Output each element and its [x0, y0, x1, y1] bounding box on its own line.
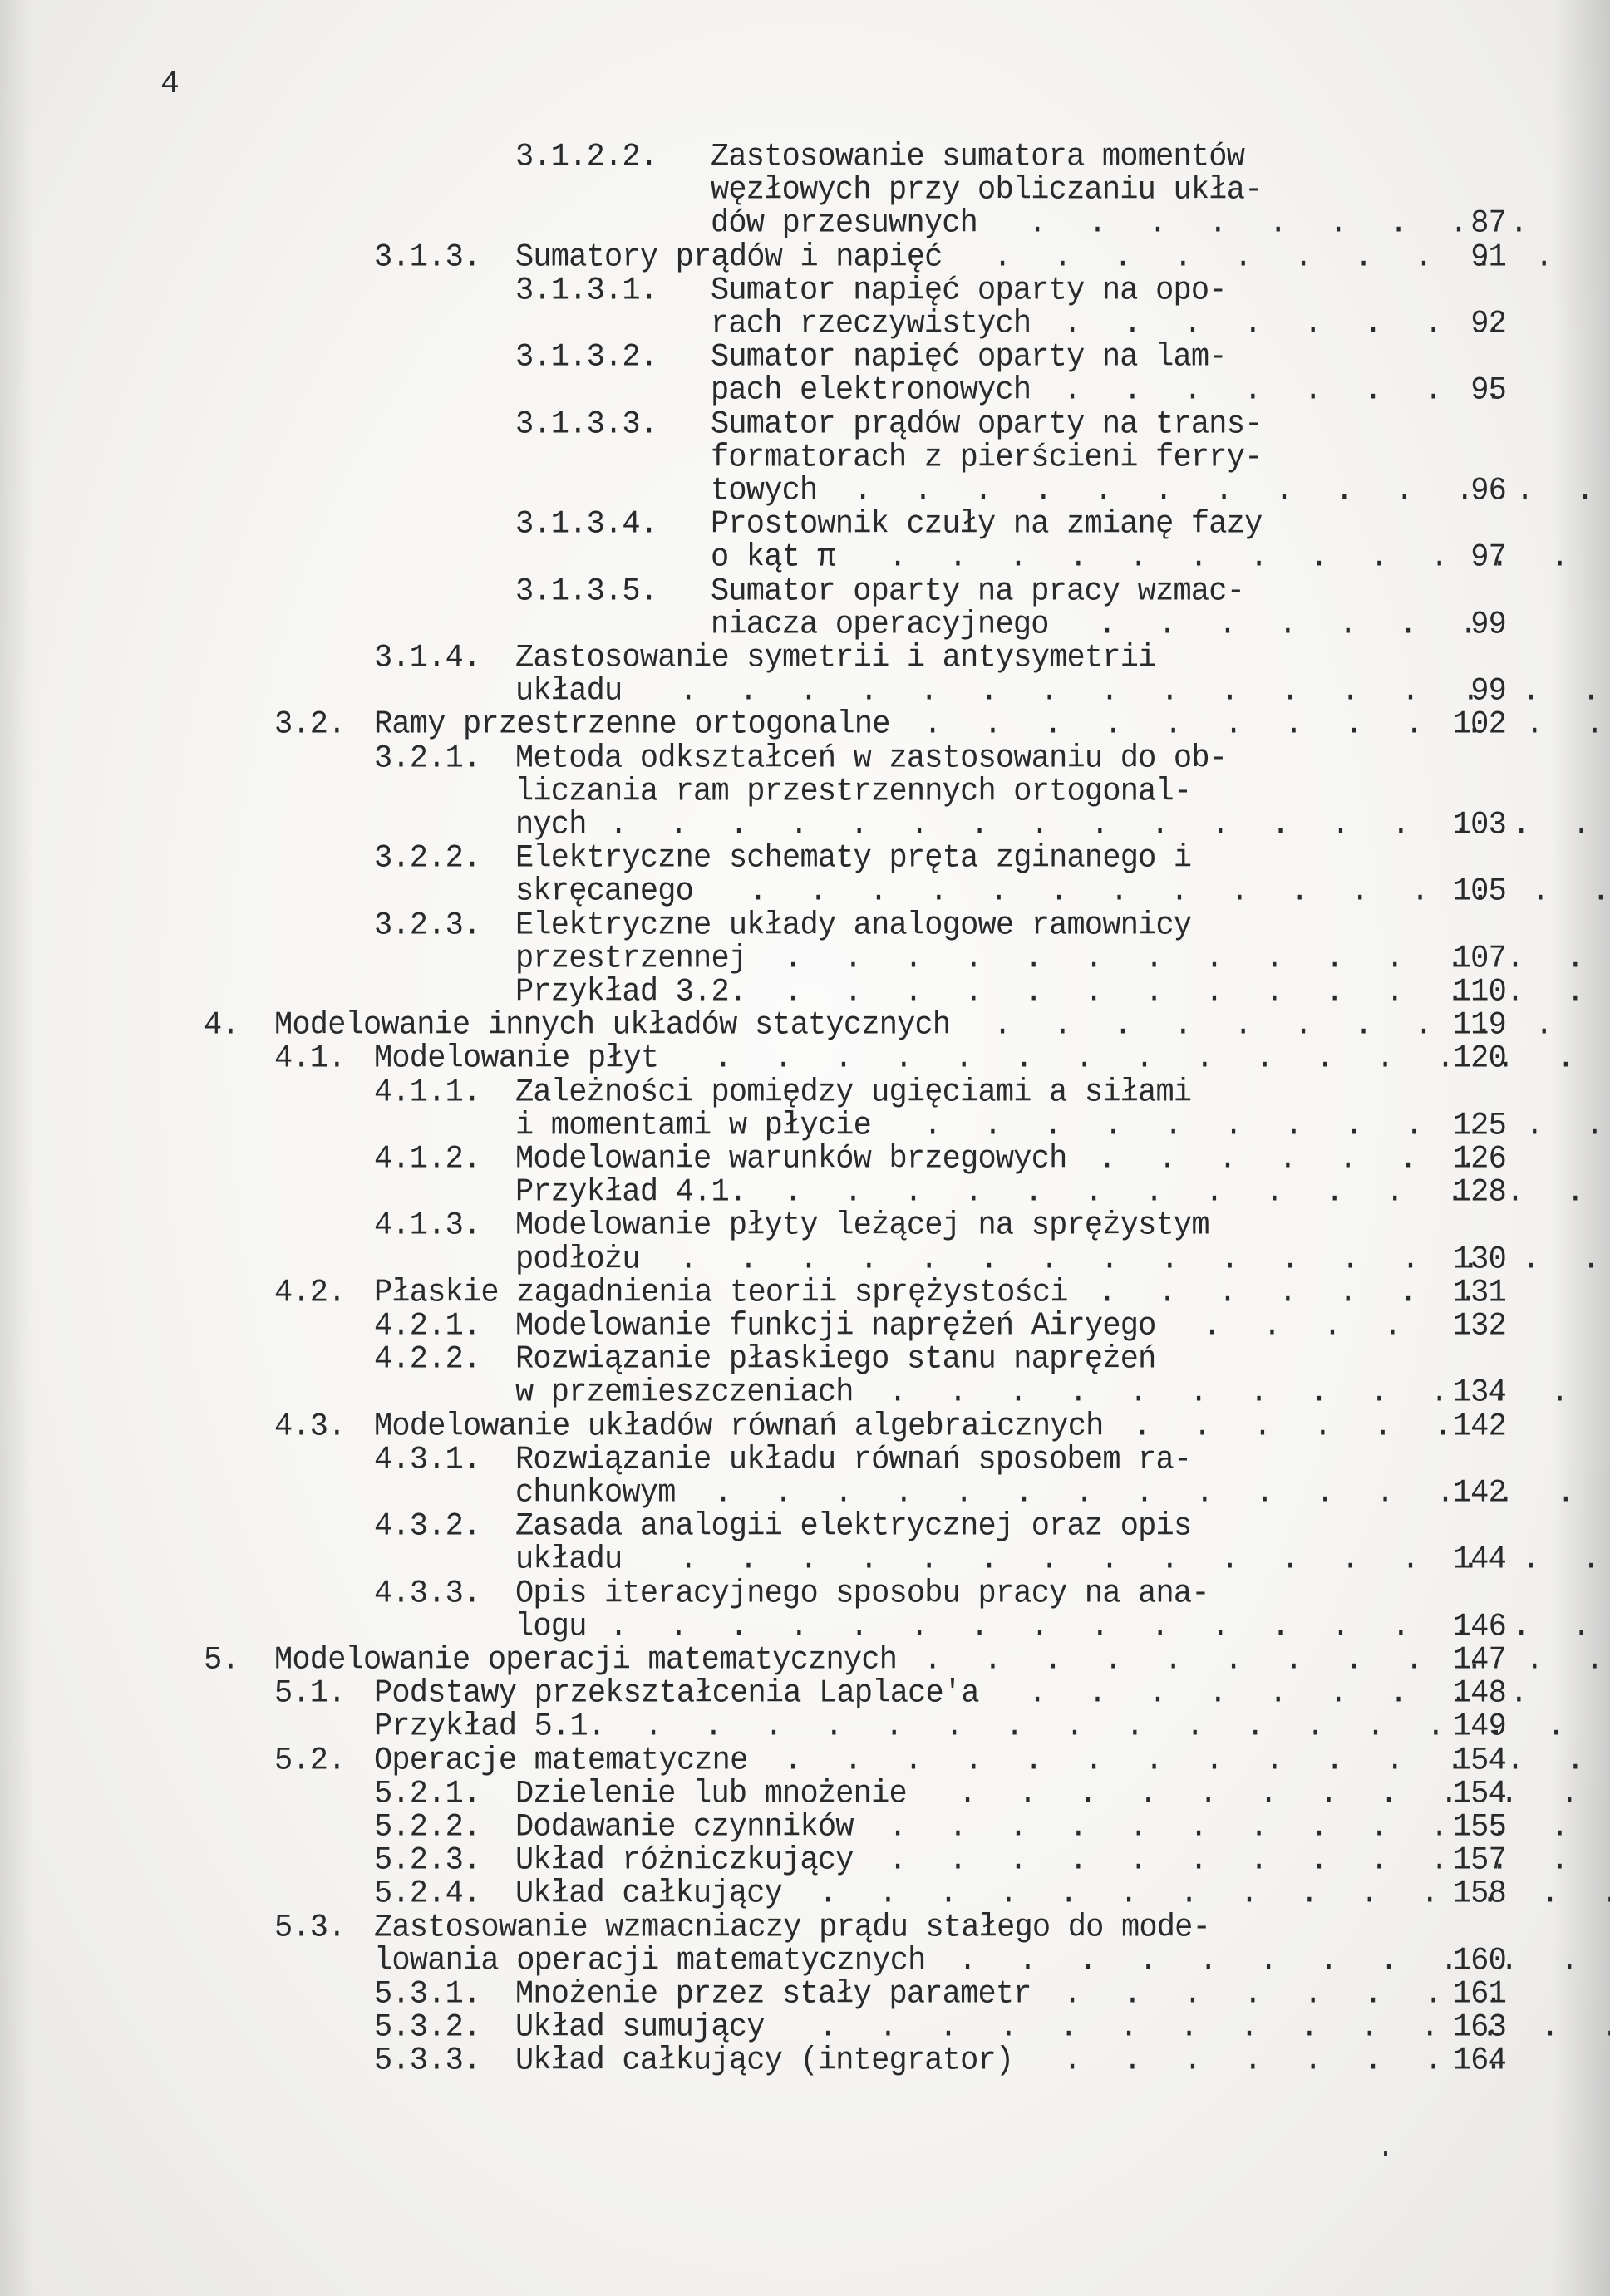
page-reference[interactable]: 154 [1406, 1777, 1506, 1812]
toc-line: 4.3.2.Zasada analogii elektrycznej oraz … [0, 1509, 1610, 1544]
toc-line: 3.1.3.1.Sumator napięć oparty na opo- [0, 273, 1610, 308]
toc-line: Przykład 3.2.. . . . . . . . . . . . . .… [0, 975, 1610, 1010]
section-title[interactable]: dów przesuwnych [711, 206, 977, 241]
page-reference[interactable]: 99 [1406, 674, 1506, 709]
section-number: 3.1.3. [374, 240, 480, 275]
toc-line: 4.1.2.Modelowanie warunków brzegowych. .… [0, 1142, 1610, 1177]
toc-line: pach elektronowych. . . . . . . .95 [0, 373, 1610, 408]
page-reference[interactable]: 110 [1406, 975, 1506, 1010]
toc-line: przestrzennej. . . . . . . . . . . . . .… [0, 942, 1610, 976]
section-title[interactable]: lowania operacji matematycznych [374, 1944, 926, 1979]
page-reference[interactable]: 92 [1406, 307, 1506, 342]
page-reference[interactable]: 125 [1406, 1109, 1506, 1143]
toc-line: nych. . . . . . . . . . . . . . . . . . … [0, 808, 1610, 843]
page-reference[interactable]: 130 [1406, 1242, 1506, 1277]
page-reference[interactable]: 131 [1406, 1276, 1506, 1310]
section-title[interactable]: Zależności pomiędzy ugięciami a siłami [515, 1075, 1191, 1110]
section-title[interactable]: skręcanego [515, 874, 693, 909]
section-title[interactable]: logu [515, 1610, 587, 1645]
section-title[interactable]: przestrzennej [515, 942, 746, 976]
section-title[interactable]: Układ całkujący [515, 1876, 782, 1911]
section-number: 3.1.2.2. [515, 140, 657, 175]
section-number: 4.1.1. [374, 1075, 480, 1110]
section-number: 4.1.3. [374, 1208, 480, 1243]
page-reference[interactable]: 146 [1406, 1610, 1506, 1645]
section-number: 3.1.3.1. [515, 273, 657, 308]
toc-line: 3.1.4.Zastosowanie symetrii i antysymetr… [0, 641, 1610, 676]
page-reference[interactable]: 148 [1406, 1676, 1506, 1711]
section-number: 3.2.3. [374, 908, 480, 943]
section-number: 5.2.2. [374, 1810, 480, 1845]
page-reference[interactable]: 102 [1406, 707, 1506, 742]
toc-line: układu. . . . . . . . . . . . . . . . . … [0, 1542, 1610, 1577]
page-reference[interactable]: 163 [1406, 2010, 1506, 2045]
section-title[interactable]: formatorach z pierścieni ferry- [711, 440, 1263, 475]
section-title[interactable]: Prostownik czuły na zmianę fazy [711, 507, 1263, 542]
leader-dots: . . . . . . . . . . . . [923, 707, 1610, 742]
leader-dots: . . . . . . . . . . . . [923, 1643, 1610, 1678]
page-reference[interactable]: 91 [1406, 240, 1506, 275]
section-number: 3.1.3.5. [515, 574, 657, 609]
section-number: 4.2.2. [374, 1342, 480, 1377]
section-title[interactable]: liczania ram przestrzennych ortogonal- [515, 774, 1191, 809]
leader-dots: . . . . [1203, 1309, 1413, 1344]
section-number: 5.3.2. [374, 2010, 480, 2045]
toc-line: 4.2.2.Rozwiązanie płaskiego stanu napręż… [0, 1342, 1610, 1377]
toc-line: towych. . . . . . . . . . . . . .96 [0, 474, 1610, 509]
page-reference[interactable]: 96 [1406, 474, 1506, 509]
toc-line: lowania operacji matematycznych. . . . .… [0, 1944, 1610, 1979]
page-reference[interactable]: 95 [1406, 373, 1506, 408]
section-title[interactable]: Płaskie zagadnienia teorii sprężystości [374, 1276, 1068, 1310]
toc-line: 3.1.3.Sumatory prądów i napięć. . . . . … [0, 240, 1610, 275]
page-reference[interactable]: 132 [1406, 1309, 1506, 1344]
section-number: 3.1.3.2. [515, 340, 657, 375]
toc-line: 5.3.1.Mnożenie przez stały parametr. . .… [0, 1977, 1610, 2012]
section-title[interactable]: Zastosowanie wzmacniaczy prądu stałego d… [374, 1910, 1210, 1945]
section-title[interactable]: podłożu [515, 1242, 640, 1277]
toc-line: 5.3.Zastosowanie wzmacniaczy prądu stałe… [0, 1910, 1610, 1945]
toc-line: węzłowych przy obliczaniu ukła- [0, 173, 1610, 208]
section-title[interactable]: układu [515, 674, 622, 709]
section-title[interactable]: Elektryczne schematy pręta zginanego i [515, 841, 1191, 876]
section-title[interactable]: Przykład 3.2. [515, 975, 746, 1010]
section-title[interactable]: Sumatory prądów i napięć [515, 240, 943, 275]
section-number: 4.3.3. [374, 1576, 480, 1611]
toc-line: niacza operacyjnego. . . . . . .99 [0, 607, 1610, 642]
page-reference[interactable]: 120 [1406, 1041, 1506, 1076]
toc-line: w przemieszczeniach. . . . . . . . . . .… [0, 1375, 1610, 1410]
section-title[interactable]: Układ sumujący [515, 2010, 765, 2045]
section-number: 5.3.3. [374, 2043, 480, 2078]
page-reference[interactable]: 164 [1406, 2043, 1506, 2078]
section-number: 3.2. [274, 707, 346, 742]
toc-line: 4.2.Płaskie zagadnienia teorii sprężysto… [0, 1276, 1610, 1310]
section-title[interactable]: Przykład 5.1. [374, 1709, 605, 1744]
section-title[interactable]: o kąt π [711, 540, 835, 575]
section-number: 5. [204, 1643, 239, 1678]
section-number: 3.2.2. [374, 841, 480, 876]
section-title[interactable]: Sumator napięć oparty na opo- [711, 273, 1227, 308]
section-number: 4.2. [274, 1276, 346, 1310]
section-title[interactable]: Dzielenie lub mnożenie [515, 1777, 907, 1812]
page-reference[interactable]: 161 [1406, 1977, 1506, 2012]
page-reference[interactable]: 87 [1406, 206, 1506, 241]
section-title[interactable]: Rozwiązanie układu równań sposobem ra- [515, 1443, 1191, 1477]
section-title[interactable]: pach elektronowych [711, 373, 1031, 408]
section-number: 5.2.3. [374, 1843, 480, 1878]
section-number: 5.2.1. [374, 1777, 480, 1812]
section-title[interactable]: Mnożenie przez stały parametr [515, 1977, 1031, 2012]
toc-line: 4.3.3.Opis iteracyjnego sposobu pracy na… [0, 1576, 1610, 1611]
section-title[interactable]: węzłowych przy obliczaniu ukła- [711, 173, 1263, 208]
section-number: 5.1. [274, 1676, 346, 1711]
toc-line: chunkowym. . . . . . . . . . . . . . . .… [0, 1476, 1610, 1511]
page-reference[interactable]: 142 [1406, 1409, 1506, 1444]
page-reference[interactable]: 149 [1406, 1709, 1506, 1744]
section-title[interactable]: Przykład 4.1. [515, 1175, 746, 1210]
section-title[interactable]: Modelowanie układów równań algebraicznyc… [374, 1409, 1104, 1444]
toc-line: 4.Modelowanie innych układów statycznych… [0, 1008, 1610, 1043]
section-number: 4.3. [274, 1409, 346, 1444]
section-title[interactable]: Podstawy przekształcenia Laplace'a [374, 1676, 979, 1711]
section-title[interactable]: Elektryczne układy analogowe ramownicy [515, 908, 1191, 943]
section-number: 5.3. [274, 1910, 346, 1945]
toc-line: 5.2.2.Dodawanie czynników. . . . . . . .… [0, 1810, 1610, 1845]
page-reference[interactable]: 154 [1406, 1743, 1506, 1778]
page-reference[interactable]: 126 [1406, 1142, 1506, 1177]
section-title[interactable]: Opis iteracyjnego sposobu pracy na ana- [515, 1576, 1209, 1611]
toc-line: 3.1.3.4.Prostownik czuły na zmianę fazy [0, 507, 1610, 542]
section-title[interactable]: Sumator oparty na pracy wzmac- [711, 574, 1244, 609]
section-number: 5.3.1. [374, 1977, 480, 2012]
toc-line: 4.1.Modelowanie płyt. . . . . . . . . . … [0, 1041, 1610, 1076]
toc-line: 3.1.3.5.Sumator oparty na pracy wzmac- [0, 574, 1610, 609]
toc-line: 5.2.1.Dzielenie lub mnożenie. . . . . . … [0, 1777, 1610, 1812]
toc-line: 5.3.2.Układ sumujący. . . . . . . . . . … [0, 2010, 1610, 2045]
toc-line: 5.2.3.Układ różniczkujący. . . . . . . .… [0, 1843, 1610, 1878]
page-reference[interactable]: 99 [1406, 607, 1506, 642]
section-title[interactable]: towych [711, 474, 817, 509]
page-reference[interactable]: 157 [1406, 1843, 1506, 1878]
section-title[interactable]: Układ różniczkujący [515, 1843, 854, 1878]
section-title[interactable]: rach rzeczywistych [711, 307, 1031, 342]
toc-line: 4.2.1.Modelowanie funkcji naprężeń Airye… [0, 1309, 1610, 1344]
page-reference[interactable]: 97 [1406, 540, 1506, 575]
page-reference[interactable]: 158 [1406, 1876, 1506, 1911]
page-reference[interactable]: 128 [1406, 1175, 1506, 1210]
section-title[interactable]: niacza operacyjnego [711, 607, 1049, 642]
page-reference[interactable]: 105 [1406, 874, 1506, 909]
section-title[interactable]: Modelowanie funkcji naprężeń Airyego [515, 1309, 1156, 1344]
toc-line: o kąt π. . . . . . . . . . . . .97 [0, 540, 1610, 575]
page-reference[interactable]: 144 [1406, 1542, 1506, 1577]
section-number: 4.3.1. [374, 1443, 480, 1477]
toc-line: dów przesuwnych. . . . . . . . .87 [0, 206, 1610, 241]
page-reference[interactable]: 103 [1406, 808, 1506, 843]
section-title[interactable]: Modelowanie warunków brzegowych [515, 1142, 1067, 1177]
section-title[interactable]: Rozwiązanie płaskiego stanu naprężeń [515, 1342, 1156, 1377]
toc-line: Przykład 5.1.. . . . . . . . . . . . . .… [0, 1709, 1610, 1744]
toc-line: i momentami w płycie. . . . . . . . . . … [0, 1109, 1610, 1143]
section-number: 4. [204, 1008, 239, 1043]
toc-line: 4.1.3.Modelowanie płyty leżącej na spręż… [0, 1208, 1610, 1243]
section-number: 3.1.3.3. [515, 407, 657, 442]
section-title[interactable]: Zastosowanie symetrii i antysymetrii [515, 641, 1156, 676]
page-reference[interactable]: 134 [1406, 1375, 1506, 1410]
toc-line: 5.1.Podstawy przekształcenia Laplace'a. … [0, 1676, 1610, 1711]
leader-dots: . . . . . . . . . . . . [923, 1109, 1610, 1143]
section-title[interactable]: i momentami w płycie [515, 1109, 871, 1143]
section-title[interactable]: Dodawanie czynników [515, 1810, 854, 1845]
toc-line: 4.3.1.Rozwiązanie układu równań sposobem… [0, 1443, 1610, 1477]
scan-speck [1384, 2151, 1387, 2156]
section-title[interactable]: Modelowanie innych układów statycznych [274, 1008, 950, 1043]
toc-line: układu. . . . . . . . . . . . . . . . . … [0, 674, 1610, 709]
toc-line: Przykład 4.1.. . . . . . . . . . . . . .… [0, 1175, 1610, 1210]
toc-line: liczania ram przestrzennych ortogonal- [0, 774, 1610, 809]
section-title[interactable]: Modelowanie operacji matematycznych [274, 1643, 897, 1678]
toc-line: logu. . . . . . . . . . . . . . . . . . … [0, 1610, 1610, 1645]
toc-line: 3.1.3.3.Sumator prądów oparty na trans- [0, 407, 1610, 442]
page-reference[interactable]: 155 [1406, 1810, 1506, 1845]
toc-line: 5.Modelowanie operacji matematycznych. .… [0, 1643, 1610, 1678]
toc-line: 3.2.Ramy przestrzenne ortogonalne. . . .… [0, 707, 1610, 742]
page-reference[interactable]: 160 [1406, 1944, 1506, 1979]
section-title[interactable]: Zasada analogii elektrycznej oraz opis [515, 1509, 1191, 1544]
toc-line: podłożu. . . . . . . . . . . . . . . . .… [0, 1242, 1610, 1277]
toc-line: 5.2.4.Układ całkujący. . . . . . . . . .… [0, 1876, 1610, 1911]
toc-line: rach rzeczywistych. . . . . . . .92 [0, 307, 1610, 342]
page-reference[interactable]: 107 [1406, 942, 1506, 976]
section-title[interactable]: chunkowym [515, 1476, 676, 1511]
section-title[interactable]: Układ całkujący (integrator) [515, 2043, 1013, 2078]
section-title[interactable]: Operacje matematyczne [374, 1743, 747, 1778]
section-title[interactable]: Zastosowanie sumatora momentów [711, 140, 1244, 175]
toc-line: formatorach z pierścieni ferry- [0, 440, 1610, 475]
section-number: 5.2.4. [374, 1876, 480, 1911]
section-number: 4.1. [274, 1041, 346, 1076]
section-title[interactable]: Modelowanie płyty leżącej na sprężystym [515, 1208, 1209, 1243]
toc-line: 3.2.2.Elektryczne schematy pręta zginane… [0, 841, 1610, 876]
section-number: 3.2.1. [374, 741, 480, 776]
toc-line: 4.3.Modelowanie układów równań algebraic… [0, 1409, 1610, 1444]
section-title[interactable]: w przemieszczeniach [515, 1375, 854, 1410]
section-title[interactable]: nych [515, 808, 587, 843]
section-title[interactable]: Metoda odkształceń w zastosowaniu do ob- [515, 741, 1227, 776]
section-number: 4.2.1. [374, 1309, 480, 1344]
section-number: 4.3.2. [374, 1509, 480, 1544]
toc-line: 3.2.3.Elektryczne układy analogowe ramow… [0, 908, 1610, 943]
section-number: 3.1.3.4. [515, 507, 657, 542]
toc-line: 3.2.1.Metoda odkształceń w zastosowaniu … [0, 741, 1610, 776]
toc-line: 4.1.1.Zależności pomiędzy ugięciami a si… [0, 1075, 1610, 1110]
section-title[interactable]: Sumator prądów oparty na trans- [711, 407, 1263, 442]
toc-line: 5.3.3.Układ całkujący (integrator). . . … [0, 2043, 1610, 2078]
page-reference[interactable]: 147 [1406, 1643, 1506, 1678]
toc-line: 5.2.Operacje matematyczne. . . . . . . .… [0, 1743, 1610, 1778]
section-title[interactable]: układu [515, 1542, 622, 1577]
section-number: 3.1.4. [374, 641, 480, 676]
section-title[interactable]: Sumator napięć oparty na lam- [711, 340, 1227, 375]
page-reference[interactable]: 119 [1406, 1008, 1506, 1043]
section-title[interactable]: Modelowanie płyt [374, 1041, 658, 1076]
toc-line: 3.1.2.2.Zastosowanie sumatora momentów [0, 140, 1610, 175]
table-of-contents: 3.1.2.2.Zastosowanie sumatora momentówwę… [0, 0, 1610, 2296]
section-number: 4.1.2. [374, 1142, 480, 1177]
toc-line: 3.1.3.2.Sumator napięć oparty na lam- [0, 340, 1610, 375]
section-title[interactable]: Ramy przestrzenne ortogonalne [374, 707, 890, 742]
toc-line: skręcanego. . . . . . . . . . . . . . . … [0, 874, 1610, 909]
page-reference[interactable]: 142 [1406, 1476, 1506, 1511]
section-number: 5.2. [274, 1743, 346, 1778]
